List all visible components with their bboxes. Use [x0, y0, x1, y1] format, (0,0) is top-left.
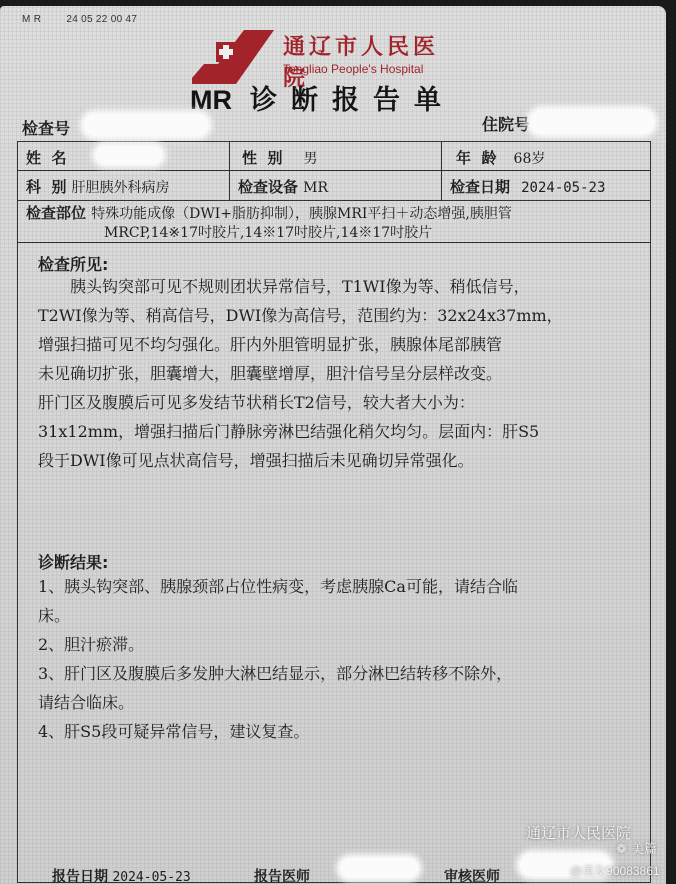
exam-no-redacted [84, 114, 208, 136]
inpatient-no-label: 住院号 [482, 112, 530, 135]
gender-value: 男 [304, 151, 318, 167]
name-label: 姓 名 [26, 149, 66, 167]
region-line2: MRCP,14※17吋胶片,14※17吋胶片,14※17吋胶片 [26, 225, 432, 241]
cell-age: 年 龄 68岁 [442, 142, 650, 170]
dept-value: 肝胆胰外科病房 [72, 180, 170, 196]
report-date-value: 2024-05-23 [112, 870, 190, 884]
reviewing-doctor: 审核医师 [444, 866, 500, 884]
row-patient-basic: 姓 名 性 别 男 年 龄 68岁 [18, 142, 650, 171]
age-value: 68岁 [514, 151, 546, 167]
cell-name: 姓 名 [18, 142, 230, 170]
findings-line: 段于DWI像可见点状高信号，增强扫描后未见确切异常强化。 [38, 446, 638, 475]
diagnosis-line: 4、肝S5段可疑异常信号，建议复查。 [38, 717, 638, 746]
reviewing-doctor-label: 审核医师 [444, 869, 500, 884]
title-prefix: MR [190, 85, 232, 115]
dept-label: 科 别 [26, 178, 66, 196]
report-paper: M R 24 05 22 00 47 通辽市人民医院 Tongliao Peop… [0, 6, 666, 884]
diagnosis-line: 请结合临床。 [38, 688, 638, 717]
cell-dept: 科 别 肝胆胰外科病房 [18, 170, 230, 200]
device-value: MR [303, 180, 328, 196]
exam-no-label: 检查号 [22, 116, 70, 139]
report-date: 报告日期 2024-05-23 [52, 866, 191, 884]
findings-line: T2WI像为等、稍高信号，DWI像为高信号，范围约为：32x24x37mm， [38, 301, 638, 330]
cell-device: 检查设备 MR [230, 170, 442, 200]
diagnosis-line: 3、肝门区及腹膜后多发肿大淋巴结显示，部分淋巴结转移不除外， [38, 659, 638, 688]
title-main: 诊断报告单 [250, 85, 455, 116]
row-exam-region: 检查部位 特殊功能成像（DWI+脂肪抑制），胰腺MRI平扫＋动态增强,胰胆管 M… [18, 200, 650, 243]
region-line1: 特殊功能成像（DWI+脂肪抑制），胰腺MRI平扫＋动态增强,胰胆管 [91, 206, 512, 222]
exam-date-value: 2024-05-23 [521, 180, 605, 196]
report-frame: 姓 名 性 别 男 年 龄 68岁 科 别 [17, 141, 651, 883]
reporting-doctor-redacted [340, 858, 418, 878]
hospital-name-en: Tongliao People's Hospital [283, 62, 423, 76]
device-label: 检查设备 [238, 178, 298, 196]
findings-line: 胰头钩突部可见不规则团状异常信号，T1WI像为等、稍低信号， [38, 272, 638, 301]
print-stamp: M R 24 05 22 00 47 [22, 14, 137, 25]
diagnosis-line: 2、胆汁瘀滞。 [38, 630, 638, 659]
findings-line: 增强扫描可见不均匀强化。肝内外胆管明显扩张，胰腺体尾部胰管 [38, 330, 638, 359]
diagnosis-line: 床。 [38, 601, 638, 630]
watermark-brand: ❁ 美篇 [616, 838, 657, 857]
row-exam-info: 科 别 肝胆胰外科病房 检查设备 MR 检查日期 2024-05-23 [18, 170, 650, 201]
findings-text: 胰头钩突部可见不规则团状异常信号，T1WI像为等、稍低信号， T2WI像为等、稍… [38, 272, 638, 475]
watermark-user-id: @美友90083861 [570, 862, 660, 879]
region-label: 检查部位 [26, 204, 86, 222]
diagnosis-heading: 诊断结果: [38, 550, 108, 573]
exam-date-label: 检查日期 [450, 178, 510, 196]
reporting-doctor-label: 报告医师 [254, 869, 310, 884]
cell-exam-date: 检查日期 2024-05-23 [442, 170, 650, 200]
findings-line: 肝门区及腹膜后可见多发结节状稍长T2信号，较大者大小为： [38, 388, 638, 417]
watermark-brand-text: 美篇 [631, 842, 657, 857]
gender-label: 性 别 [242, 149, 282, 167]
inpatient-no-redacted [530, 110, 654, 134]
findings-line: 31x12mm，增强扫描后门静脉旁淋巴结强化稍欠均匀。层面内：肝S5 [38, 417, 638, 446]
print-code: M R [22, 14, 41, 25]
print-time: 24 05 22 00 47 [66, 14, 137, 25]
report-date-label: 报告日期 [52, 869, 108, 884]
meipian-logo-icon: ❁ [616, 842, 627, 857]
name-redacted [96, 146, 162, 164]
age-label: 年 龄 [456, 149, 496, 167]
diagnosis-text: 1、胰头钩突部、胰腺颈部占位性病变，考虑胰腺Ca可能，请结合临 床。 2、胆汁瘀… [38, 572, 638, 746]
cell-gender: 性 别 男 [230, 142, 442, 170]
reporting-doctor: 报告医师 [254, 866, 310, 884]
diagnosis-line: 1、胰头钩突部、胰腺颈部占位性病变，考虑胰腺Ca可能，请结合临 [38, 572, 638, 601]
report-title: MR诊断报告单 [190, 78, 455, 117]
findings-line: 未见确切扩张，胆囊增大，胆囊壁增厚，胆汁信号呈分层样改变。 [38, 359, 638, 388]
